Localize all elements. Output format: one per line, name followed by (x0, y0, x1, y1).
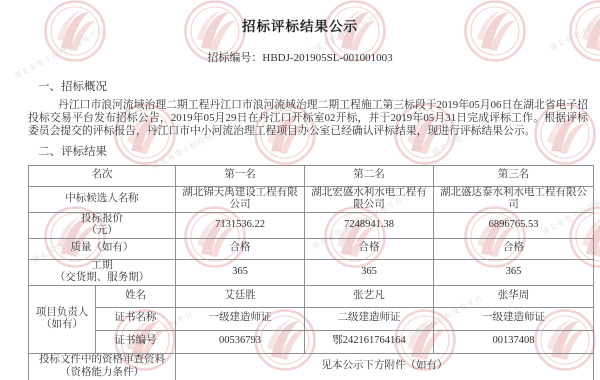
table-row-qualification: 投标文件中的资格审查资料 （资格能力条件） 见本公示下方附件（如有） (29, 353, 594, 380)
table-row-duration: 工期 （交货期、服务期） 365 365 365 (29, 259, 594, 285)
quality-cell: 合格 (305, 238, 434, 259)
duration-cell: 365 (305, 259, 434, 285)
manager-name-label-cell: 姓名 (96, 285, 176, 307)
candidate-cell: 湖北锦天禹建设工程有限公司 (176, 186, 305, 212)
overview-paragraph: 丹江口市浪河流域治理二期工程丹江口市浪河流域治理二期工程施工第三标段于2019年… (28, 99, 588, 138)
table-row-rank: 名次 第一名 第二名 第三名 (29, 165, 594, 186)
bid-number-value: HBDJ-201905SL-001001003 (262, 52, 392, 64)
manager-label-cell: 项目负责人 （如有） (29, 285, 96, 353)
cert-number-label-cell: 证书编号 (96, 330, 176, 353)
manager-label-line2: （如有） (32, 319, 92, 332)
manager-name-cell: 张艺凡 (305, 285, 434, 307)
price-cell: 6896765.53 (434, 212, 594, 238)
quality-label-cell: 质量（如有） (29, 238, 176, 259)
table-row-manager-name: 项目负责人 （如有） 姓名 艾廷胜 张艺凡 张华周 (29, 285, 594, 307)
duration-label-cell: 工期 （交货期、服务期） (29, 259, 176, 285)
qualification-label-line2: （资格能力条件） (32, 367, 172, 380)
qualification-value-cell: 见本公示下方附件（如有） (176, 353, 594, 380)
manager-name-cell: 张华周 (434, 285, 594, 307)
cert-name-label-cell: 证书名称 (96, 307, 176, 330)
price-cell: 7131536.22 (176, 212, 305, 238)
table-row-price: 投标报价 （元） 7131536.22 7248941.38 6896765.5… (29, 212, 594, 238)
manager-label-line1: 项目负责人 (32, 307, 92, 320)
candidate-label-cell: 中标候选人名称 (29, 186, 176, 212)
price-label-line1: 投标报价 (32, 213, 172, 226)
candidate-cell: 湖北宏盛水利水电工程有限公司 (305, 186, 434, 212)
table-row-cert-number: 证书编号 00536793 鄂242161764164 00137408 (29, 330, 594, 353)
duration-label-line1: 工期 (32, 260, 172, 273)
candidate-cell: 湖北盛达泰水利水电工程有限公司 (434, 186, 594, 212)
quality-cell: 合格 (176, 238, 305, 259)
rank-header-cell: 名次 (29, 165, 176, 186)
cert-number-cell: 鄂242161764164 (305, 330, 434, 353)
duration-cell: 365 (176, 259, 305, 285)
bid-number-line: 招标编号：HBDJ-201905SL-001001003 (0, 49, 600, 65)
qualification-label-cell: 投标文件中的资格审查资料 （资格能力条件） (29, 353, 176, 380)
section2-heading: 二、评标结果 (38, 143, 600, 159)
duration-cell: 365 (434, 259, 594, 285)
table-row-cert-name: 证书名称 一级建造师证 二级建造师证 一级建造师证 (29, 307, 594, 330)
rank-third-cell: 第三名 (434, 165, 594, 186)
cert-name-cell: 二级建造师证 (305, 307, 434, 330)
evaluation-result-table: 名次 第一名 第二名 第三名 中标候选人名称 湖北锦天禹建设工程有限公司 湖北宏… (28, 165, 594, 380)
price-label-line2: （元） (32, 225, 172, 238)
manager-name-cell: 艾廷胜 (176, 285, 305, 307)
quality-cell: 合格 (434, 238, 594, 259)
page-title: 招标评标结果公示 (0, 15, 600, 35)
cert-name-cell: 一级建造师证 (176, 307, 305, 330)
bid-number-label: 招标编号： (207, 52, 262, 64)
section1-heading: 一、招标概况 (38, 78, 600, 94)
table-row-quality: 质量（如有） 合格 合格 合格 (29, 238, 594, 259)
duration-label-line2: （交货期、服务期） (32, 272, 172, 285)
cert-number-cell: 00536793 (176, 330, 305, 353)
price-label-cell: 投标报价 （元） (29, 212, 176, 238)
table-row-candidate: 中标候选人名称 湖北锦天禹建设工程有限公司 湖北宏盛水利水电工程有限公司 湖北盛… (29, 186, 594, 212)
cert-number-cell: 00137408 (434, 330, 594, 353)
rank-first-cell: 第一名 (176, 165, 305, 186)
price-cell: 7248941.38 (305, 212, 434, 238)
rank-second-cell: 第二名 (305, 165, 434, 186)
qualification-label-line1: 投标文件中的资格审查资料 (32, 354, 172, 367)
cert-name-cell: 一级建造师证 (434, 307, 594, 330)
